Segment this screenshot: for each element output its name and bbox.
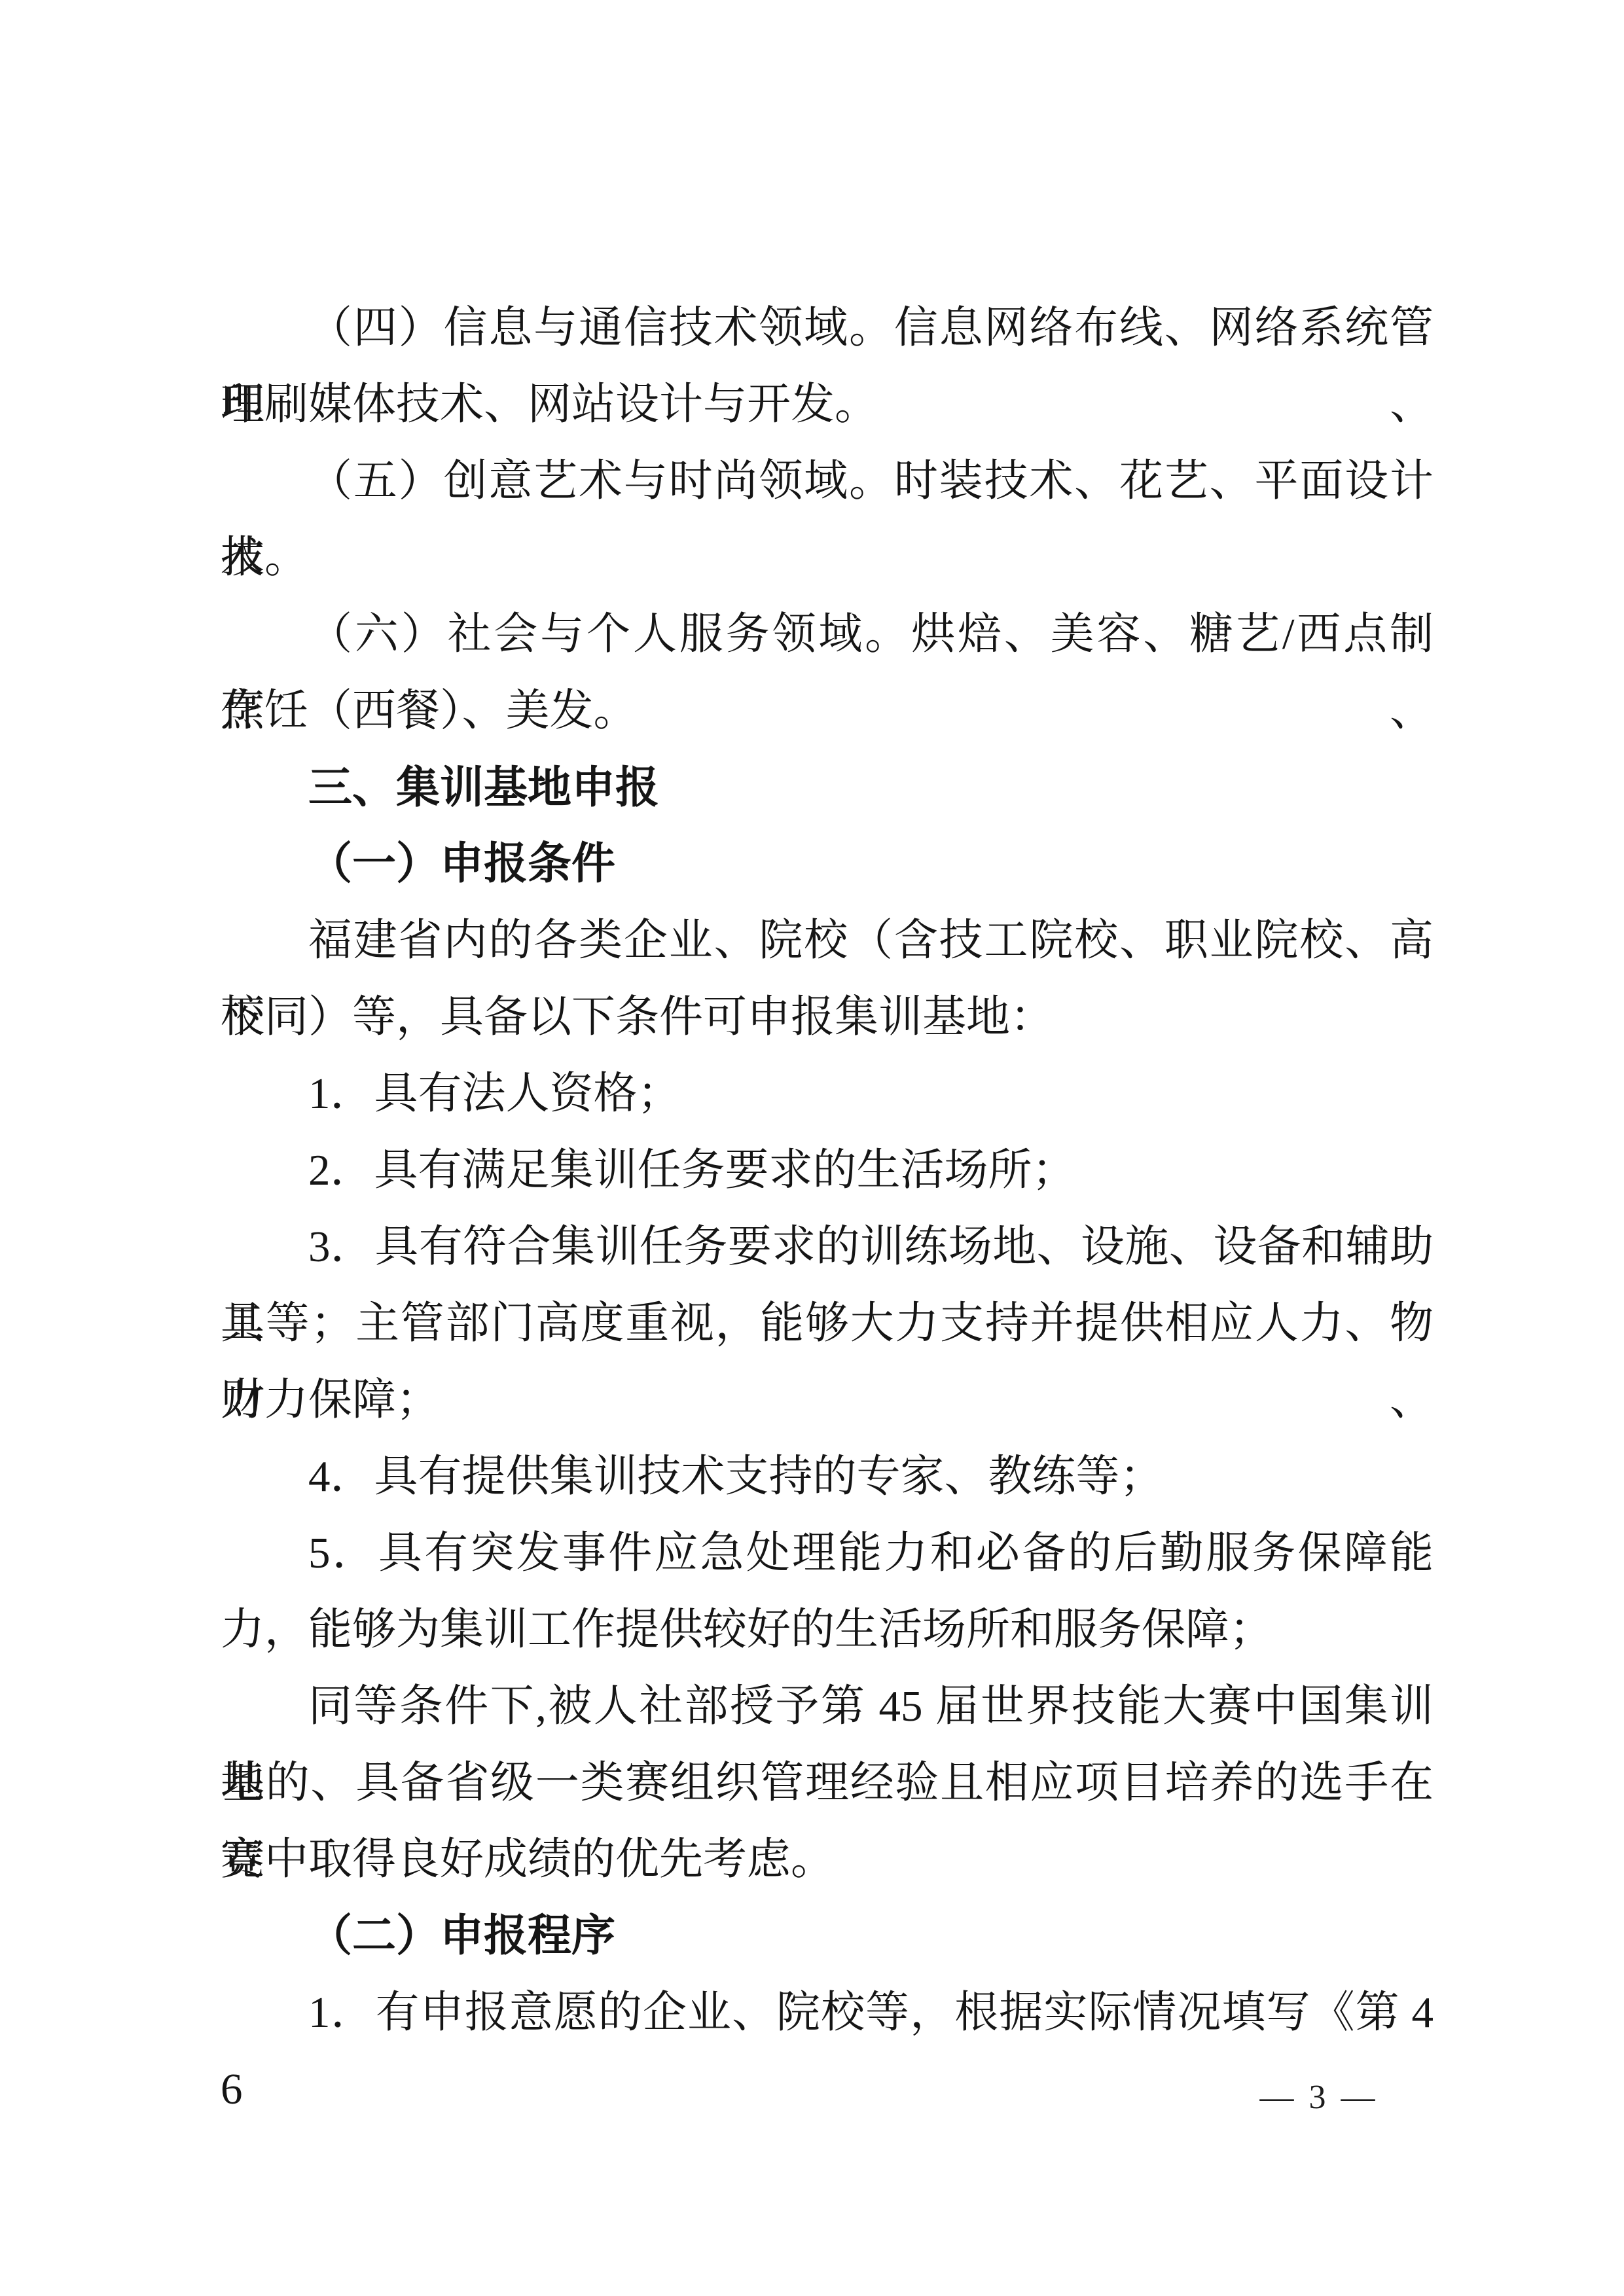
text-line: （一）申报条件 <box>221 826 1434 903</box>
text-line: （六）社会与个人服务领域。烘焙、美容、糖艺/西点制作、 <box>221 596 1434 673</box>
document-body: （四）信息与通信技术领域。信息网络布线、网络系统管理、印刷媒体技术、网站设计与开… <box>221 290 1434 2051</box>
text-line: 地的、具备省级一类赛组织管理经验且相应项目培养的选手在竞 <box>221 1745 1434 1821</box>
text-line: 1．具有法人资格； <box>221 1056 1434 1132</box>
text-line: 同等条件下,被人社部授予第 45 届世界技能大赛中国集训基 <box>221 1668 1434 1745</box>
text-line: 赛中取得良好成绩的优先考虑。 <box>221 1821 1434 1898</box>
text-line: 2．具有满足集训任务要求的生活场所； <box>221 1132 1434 1209</box>
text-line: 具等；主管部门高度重视，能够大力支持并提供相应人力、物力、 <box>221 1285 1434 1362</box>
text-line: （五）创意艺术与时尚领域。时装技术、花艺、平面设计技 <box>221 443 1434 520</box>
text-line: 4．具有提供集训技术支持的专家、教练等； <box>221 1439 1434 1515</box>
text-line: 术。 <box>221 520 1434 596</box>
text-line: 力，能够为集训工作提供较好的生活场所和服务保障； <box>221 1592 1434 1668</box>
text-line: 三、集训基地申报 <box>221 749 1434 826</box>
text-line: （二）申报程序 <box>221 1898 1434 1975</box>
text-line: 福建省内的各类企业、院校（含技工院校、职业院校、高校 <box>221 903 1434 979</box>
text-line: 1．有申报意愿的企业、院校等，根据实际情况填写《第 46 <box>221 1975 1434 2051</box>
text-line: 3．具有符合集训任务要求的训练场地、设施、设备和辅助工 <box>221 1209 1434 1285</box>
document-page: （四）信息与通信技术领域。信息网络布线、网络系统管理、印刷媒体技术、网站设计与开… <box>0 0 1624 2296</box>
page-number: — 3 — <box>1237 2078 1401 2117</box>
text-line: 5．具有突发事件应急处理能力和必备的后勤服务保障能 <box>221 1515 1434 1592</box>
text-line: 下同）等，具备以下条件可申报集训基地： <box>221 979 1434 1056</box>
text-line: （四）信息与通信技术领域。信息网络布线、网络系统管理、 <box>221 290 1434 367</box>
